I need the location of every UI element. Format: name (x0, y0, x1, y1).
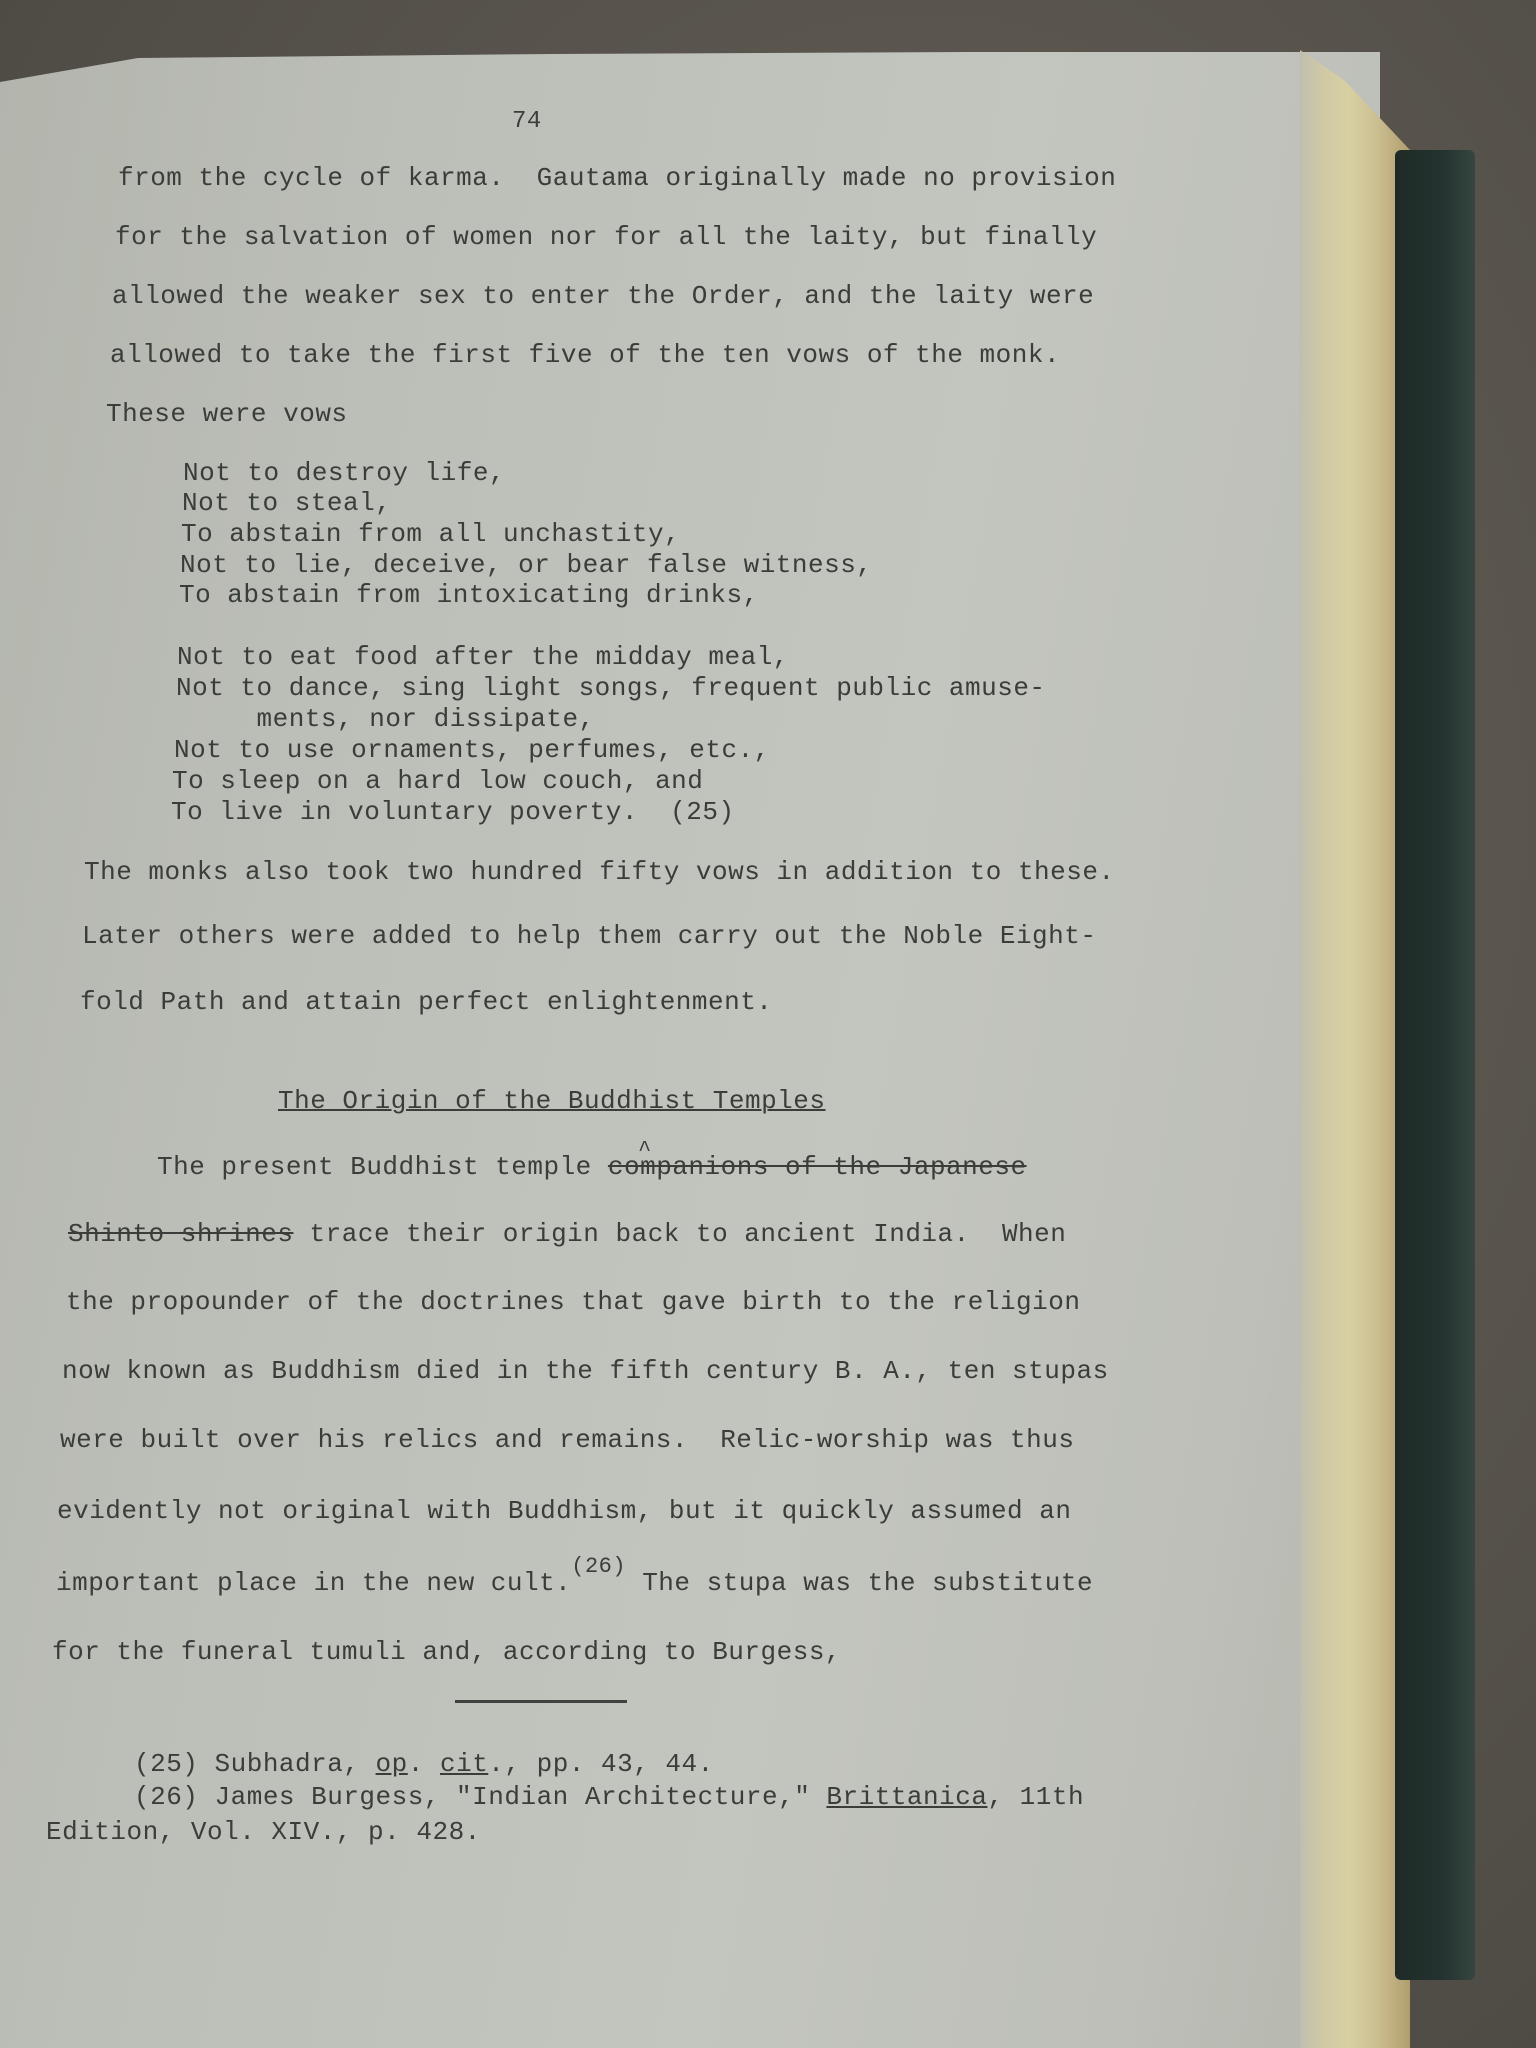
vow-item: To live in voluntary poverty. (25) (171, 797, 735, 827)
page-number: 74 (512, 108, 542, 135)
body-line: important place in the new cult.(26) The… (56, 1568, 1093, 1598)
struck-text: Shinto shrines (68, 1219, 293, 1249)
vow-item: To abstain from all unchastity, (181, 519, 680, 549)
body-line: evidently not original with Buddhism, bu… (57, 1496, 1071, 1526)
vow-item: Not to use ornaments, perfumes, etc., (174, 735, 770, 765)
vow-item: Not to steal, (182, 488, 391, 518)
footnote-text: Brittanica (826, 1782, 987, 1812)
vow-item: Not to dance, sing light songs, frequent… (176, 673, 1046, 703)
footnote-separator (455, 1700, 627, 1703)
vow-item: Not to destroy life, (183, 458, 505, 488)
vow-item: To sleep on a hard low couch, and (172, 766, 703, 796)
book-cover (1395, 150, 1475, 1980)
body-line: fold Path and attain perfect enlightenme… (80, 987, 772, 1017)
body-text: trace their origin back to ancient India… (293, 1219, 1066, 1249)
footnote-26-continued: Edition, Vol. XIV., p. 428. (46, 1817, 481, 1847)
footnote-text: . (408, 1749, 440, 1779)
footnote-ref: (26) (571, 1554, 626, 1579)
body-line: The monks also took two hundred fifty vo… (84, 857, 1115, 887)
body-line: were built over his relics and remains. … (60, 1425, 1074, 1455)
footnote-text: ., pp. 43, 44. (488, 1749, 713, 1779)
body-text: The present Buddhist temple (157, 1152, 592, 1182)
body-line: for the funeral tumuli and, according to… (52, 1637, 841, 1667)
footnote-text: (25) Subhadra, (134, 1749, 376, 1779)
page-edges (1300, 50, 1410, 2048)
footnote-text: op (376, 1749, 408, 1779)
body-line: These were vows (106, 399, 348, 429)
footnote-text: cit (440, 1749, 488, 1779)
body-line: now known as Buddhism died in the fifth … (62, 1356, 1109, 1386)
section-heading: The Origin of the Buddhist Temples (278, 1086, 826, 1116)
insertion-mark: ^ (638, 1138, 651, 1163)
body-text: important place in the new cult. (56, 1568, 571, 1598)
body-line: from the cycle of karma. Gautama origina… (118, 163, 1116, 193)
body-line: The present Buddhist temple companions o… (157, 1152, 1027, 1182)
vow-item: Not to eat food after the midday meal, (177, 642, 789, 672)
body-line: Later others were added to help them car… (82, 921, 1096, 951)
footnote-25: (25) Subhadra, op. cit., pp. 43, 44. (134, 1749, 714, 1779)
body-line: for the salvation of women nor for all t… (115, 222, 1097, 252)
vow-item: Not to lie, deceive, or bear false witne… (180, 550, 872, 580)
body-line: the propounder of the doctrines that gav… (66, 1287, 1080, 1317)
footnote-text: , 11th (987, 1782, 1084, 1812)
body-text: The stupa was the substitute (626, 1568, 1093, 1598)
vow-item: To abstain from intoxicating drinks, (179, 580, 759, 610)
struck-text: companions of the Japanese (608, 1152, 1027, 1182)
body-line: Shinto shrines trace their origin back t… (68, 1219, 1066, 1249)
footnote-26: (26) James Burgess, "Indian Architecture… (134, 1782, 1084, 1812)
footnote-text: (26) James Burgess, "Indian Architecture… (134, 1782, 826, 1812)
body-line: allowed the weaker sex to enter the Orde… (112, 281, 1094, 311)
body-line: allowed to take the first five of the te… (110, 340, 1060, 370)
vow-item: ments, nor dissipate, (176, 704, 595, 734)
